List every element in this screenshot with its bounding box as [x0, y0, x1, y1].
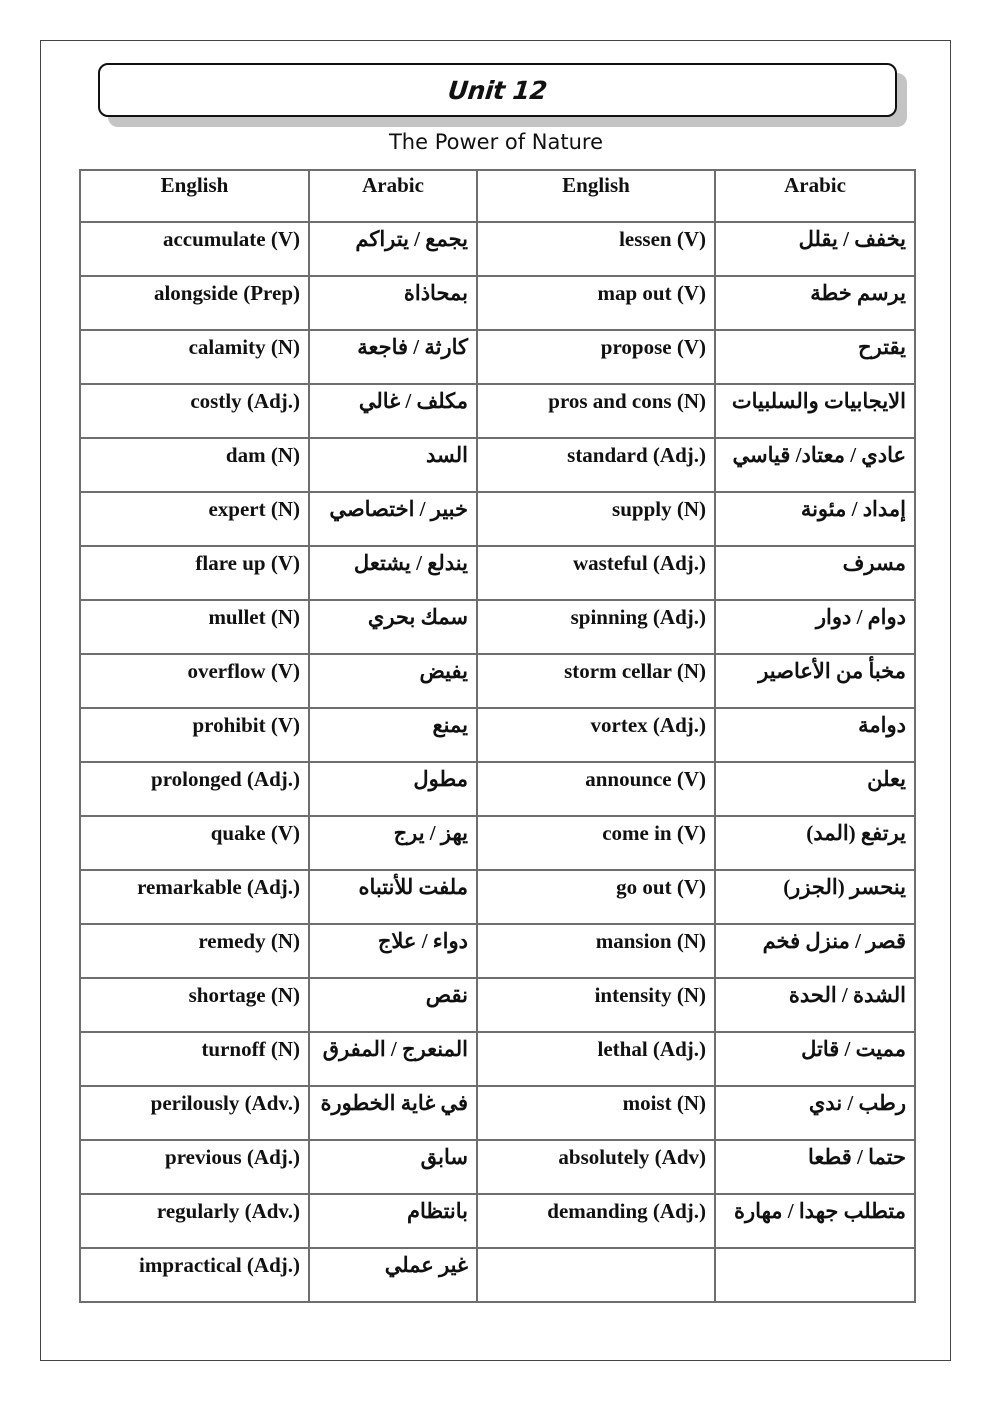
english-term-1: costly (Adj.): [80, 384, 309, 438]
arabic-translation-2: يخفف / يقلل: [715, 222, 915, 276]
table-row: prolonged (Adj.)مطولannounce (V)يعلن: [80, 762, 915, 816]
arabic-translation-1: في غاية الخطورة: [309, 1086, 477, 1140]
english-term-1: previous (Adj.): [80, 1140, 309, 1194]
english-term-2: supply (N): [477, 492, 715, 546]
arabic-translation-1: السد: [309, 438, 477, 492]
vocabulary-table: English Arabic English Arabic accumulate…: [79, 169, 916, 1303]
table-row: impractical (Adj.)غير عملي: [80, 1248, 915, 1302]
english-term-1: impractical (Adj.): [80, 1248, 309, 1302]
table-row: perilously (Adv.)في غاية الخطورةmoist (N…: [80, 1086, 915, 1140]
english-term-2: spinning (Adj.): [477, 600, 715, 654]
arabic-translation-2: عادي / معتاد/ قياسي: [715, 438, 915, 492]
english-term-1: quake (V): [80, 816, 309, 870]
column-header-arabic-2: Arabic: [715, 170, 915, 222]
table-row: accumulate (V)يجمع / يتراكمlessen (V)يخف…: [80, 222, 915, 276]
english-term-1: mullet (N): [80, 600, 309, 654]
table-row: previous (Adj.)سابقabsolutely (Adv)حتما …: [80, 1140, 915, 1194]
english-term-2: announce (V): [477, 762, 715, 816]
unit-title: Unit 12: [447, 76, 549, 105]
english-term-1: flare up (V): [80, 546, 309, 600]
column-header-english-1: English: [80, 170, 309, 222]
arabic-translation-2: يرسم خطة: [715, 276, 915, 330]
english-term-2: demanding (Adj.): [477, 1194, 715, 1248]
english-term-2: lethal (Adj.): [477, 1032, 715, 1086]
arabic-translation-2: دوام / دوار: [715, 600, 915, 654]
english-term-1: overflow (V): [80, 654, 309, 708]
table-row: alongside (Prep)بمحاذاةmap out (V)يرسم خ…: [80, 276, 915, 330]
arabic-translation-2: حتما / قطعا: [715, 1140, 915, 1194]
english-term-2: intensity (N): [477, 978, 715, 1032]
arabic-translation-2: مخبأ من الأعاصير: [715, 654, 915, 708]
arabic-translation-2: قصر / منزل فخم: [715, 924, 915, 978]
english-term-1: accumulate (V): [80, 222, 309, 276]
english-term-2: go out (V): [477, 870, 715, 924]
arabic-translation-2: دوامة: [715, 708, 915, 762]
english-term-1: prolonged (Adj.): [80, 762, 309, 816]
english-term-1: turnoff (N): [80, 1032, 309, 1086]
arabic-translation-1: يفيض: [309, 654, 477, 708]
arabic-translation-1: سمك بحري: [309, 600, 477, 654]
arabic-translation-1: يهز / يرج: [309, 816, 477, 870]
table-row: regularly (Adv.)بانتظامdemanding (Adj.)م…: [80, 1194, 915, 1248]
arabic-translation-1: يمنع: [309, 708, 477, 762]
arabic-translation-1: ملفت للأنتباه: [309, 870, 477, 924]
arabic-translation-2: مسرف: [715, 546, 915, 600]
arabic-translation-1: دواء / علاج: [309, 924, 477, 978]
english-term-2: come in (V): [477, 816, 715, 870]
arabic-translation-2: إمداد / مئونة: [715, 492, 915, 546]
arabic-translation-2: يرتفع (المد): [715, 816, 915, 870]
english-term-1: remarkable (Adj.): [80, 870, 309, 924]
table-row: overflow (V)يفيضstorm cellar (N)مخبأ من …: [80, 654, 915, 708]
table-row: dam (N)السدstandard (Adj.)عادي / معتاد/ …: [80, 438, 915, 492]
arabic-translation-1: بمحاذاة: [309, 276, 477, 330]
table-row: shortage (N)نقصintensity (N)الشدة / الحد…: [80, 978, 915, 1032]
arabic-translation-2: ينحسر (الجزر): [715, 870, 915, 924]
arabic-translation-1: يجمع / يتراكم: [309, 222, 477, 276]
unit-subtitle: The Power of Nature: [0, 130, 992, 154]
arabic-translation-2: رطب / ندي: [715, 1086, 915, 1140]
arabic-translation-2: مميت / قاتل: [715, 1032, 915, 1086]
table-header-row: English Arabic English Arabic: [80, 170, 915, 222]
table-row: calamity (N)كارثة / فاجعةpropose (V)يقتر…: [80, 330, 915, 384]
table-row: quake (V)يهز / يرجcome in (V)يرتفع (المد…: [80, 816, 915, 870]
english-term-1: remedy (N): [80, 924, 309, 978]
english-term-2: wasteful (Adj.): [477, 546, 715, 600]
arabic-translation-1: غير عملي: [309, 1248, 477, 1302]
english-term-2: vortex (Adj.): [477, 708, 715, 762]
english-term-2: propose (V): [477, 330, 715, 384]
arabic-translation-1: سابق: [309, 1140, 477, 1194]
arabic-translation-2: الايجابيات والسلبيات: [715, 384, 915, 438]
english-term-1: shortage (N): [80, 978, 309, 1032]
english-term-1: expert (N): [80, 492, 309, 546]
table-row: prohibit (V)يمنعvortex (Adj.)دوامة: [80, 708, 915, 762]
english-term-2: pros and cons (N): [477, 384, 715, 438]
english-term-1: calamity (N): [80, 330, 309, 384]
table-row: remarkable (Adj.)ملفت للأنتباهgo out (V)…: [80, 870, 915, 924]
arabic-translation-2: الشدة / الحدة: [715, 978, 915, 1032]
table-row: costly (Adj.)مكلف / غاليpros and cons (N…: [80, 384, 915, 438]
arabic-translation-2: [715, 1248, 915, 1302]
english-term-1: prohibit (V): [80, 708, 309, 762]
english-term-1: dam (N): [80, 438, 309, 492]
arabic-translation-1: بانتظام: [309, 1194, 477, 1248]
arabic-translation-1: كارثة / فاجعة: [309, 330, 477, 384]
english-term-2: [477, 1248, 715, 1302]
arabic-translation-1: المنعرج / المفرق: [309, 1032, 477, 1086]
english-term-2: absolutely (Adv): [477, 1140, 715, 1194]
table-row: flare up (V)يندلع / يشتعلwasteful (Adj.)…: [80, 546, 915, 600]
english-term-2: mansion (N): [477, 924, 715, 978]
column-header-arabic-1: Arabic: [309, 170, 477, 222]
arabic-translation-1: يندلع / يشتعل: [309, 546, 477, 600]
table-row: remedy (N)دواء / علاجmansion (N)قصر / من…: [80, 924, 915, 978]
english-term-2: map out (V): [477, 276, 715, 330]
arabic-translation-2: يعلن: [715, 762, 915, 816]
english-term-1: perilously (Adv.): [80, 1086, 309, 1140]
arabic-translation-1: مكلف / غالي: [309, 384, 477, 438]
arabic-translation-1: نقص: [309, 978, 477, 1032]
english-term-1: alongside (Prep): [80, 276, 309, 330]
column-header-english-2: English: [477, 170, 715, 222]
english-term-2: standard (Adj.): [477, 438, 715, 492]
table-row: expert (N)خبير / اختصاصيsupply (N)إمداد …: [80, 492, 915, 546]
english-term-1: regularly (Adv.): [80, 1194, 309, 1248]
title-box: Unit 12: [98, 63, 897, 117]
english-term-2: storm cellar (N): [477, 654, 715, 708]
arabic-translation-1: مطول: [309, 762, 477, 816]
table-row: mullet (N)سمك بحريspinning (Adj.)دوام / …: [80, 600, 915, 654]
table-row: turnoff (N)المنعرج / المفرقlethal (Adj.)…: [80, 1032, 915, 1086]
english-term-2: moist (N): [477, 1086, 715, 1140]
arabic-translation-2: متطلب جهدا / مهارة: [715, 1194, 915, 1248]
arabic-translation-2: يقترح: [715, 330, 915, 384]
english-term-2: lessen (V): [477, 222, 715, 276]
arabic-translation-1: خبير / اختصاصي: [309, 492, 477, 546]
